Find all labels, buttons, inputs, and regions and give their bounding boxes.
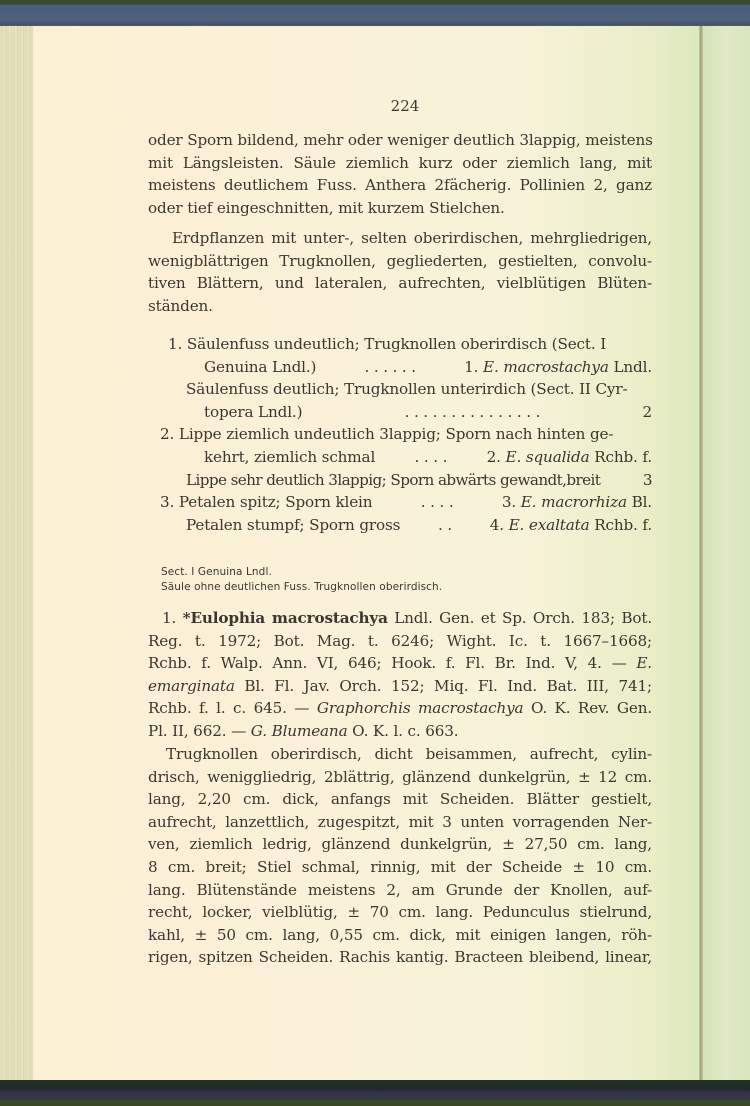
key-number: 2. [160,425,174,443]
key-result-number: 2 [642,401,652,424]
key-text: Petalen spitz; Sporn klein [179,493,373,511]
text-line: mit Längsleisten. Säule ziemlich kurz od… [148,152,652,175]
key-text: Lippe ziemlich undeutlich 3lappig; Sporn… [179,425,613,443]
key-line: Genuina Lndl.) . . . . . . 1. E. macrost… [168,356,652,379]
key-number: 3. [160,493,174,511]
key-result-number: 3 [643,469,652,492]
citation-text: O. K. Rev. Gen. [523,699,652,717]
key-result-number: 2. [487,448,501,466]
dot-leader: . . . . . . [364,356,415,379]
key-text: topera Lndl.) [204,401,302,424]
species-title: Eulophia macrostachya [190,609,387,627]
book-cover-top [0,0,750,26]
text-line: lang. Blütenstände meistens 2, am Grunde… [148,879,652,902]
text-line: recht, locker, vielblütig, ± 70 cm. lang… [148,901,652,924]
species-name: exaltata [529,516,590,534]
key-result-number: 3. [502,493,516,511]
citation-text: Rchb. f. l. c. 645. — [148,699,317,717]
text-line: rigen, spitzen Scheiden. Rachis kantig. … [148,946,652,969]
text-line: Trugknollen oberirdisch, dicht beisammen… [148,743,652,766]
synonym-genus: E. [636,654,652,672]
text-line: Erdpflanzen mit unter-, selten oberirdis… [148,227,652,250]
text-line: drisch, weniggliedrig, 2blättrig, glänze… [148,766,652,789]
genus-abbrev: E. [521,493,537,511]
page-stack-edges [0,26,34,1080]
dot-leader: . . [438,514,452,537]
species-heading-line: 1. *Eulophia macrostachya Lndl. Gen. et … [148,607,652,630]
author: Rchb. f. [594,448,652,466]
text-line: tiven Blättern, und lateralen, aufrechte… [148,272,652,295]
key-line: kehrt, ziemlich schmal . . . . 2. E. squ… [168,446,652,469]
key-line: 1. Säulenfuss undeutlich; Trugknollen ob… [168,333,652,356]
genus-abbrev: E. [483,358,499,376]
author: Rchb. f. [594,516,652,534]
dot-leader: . . . . [421,491,454,514]
text-line: kahl, ± 50 cm. lang, 0,55 cm. dick, mit … [148,924,652,947]
text-line: wenigblättrigen Trugknollen, gegliederte… [148,250,652,273]
text-line: meistens deutlichem Fuss. Anthera 2fäche… [148,174,652,197]
section-description: Säule ohne deutlichen Fuss. Trugknollen … [161,580,651,595]
key-result: 3. E. macrorhiza Bl. [502,491,652,514]
paragraph-genus-habit: Erdpflanzen mit unter-, selten oberirdis… [148,227,652,317]
key-text: Säulenfuss undeutlich; Trugknollen oberi… [187,335,606,353]
key-text: Lippe sehr deutlich 3lappig; Sporn abwär… [186,469,600,492]
key-result-number: 4. [490,516,504,534]
text-line: ven, ziemlich ledrig, glänzend dunkelgrü… [148,833,652,856]
species-entry: 1. *Eulophia macrostachya Lndl. Gen. et … [148,607,652,743]
dot-leader: . . . . . . . . . . . . . . . [405,401,541,424]
genus-abbrev: E. [506,448,522,466]
species-name: squalida [526,448,590,466]
synonym-name: Graphorchis macrostachya [317,699,524,717]
key-line: Säulenfuss deutlich; Trugknollen unterir… [168,378,652,401]
text-line: aufrecht, lanzettlich, zugespitzt, mit 3… [148,811,652,834]
key-result-number: 1. [464,358,478,376]
species-number: 1. [162,609,176,627]
key-line: topera Lndl.) . . . . . . . . . . . . . … [168,401,652,424]
citation-line: Rchb. f. Walp. Ann. VI, 646; Hook. f. Fl… [148,652,652,675]
author: Bl. [632,493,652,511]
paragraph-continuation: oder Sporn bildend, mehr oder weniger de… [148,129,652,219]
facing-page-edge [703,26,750,1080]
key-text: kehrt, ziemlich schmal [204,446,375,469]
species-description: Trugknollen oberirdisch, dicht beisammen… [148,743,652,969]
key-number: 1. [168,335,182,353]
author: Lndl. [613,358,652,376]
identification-key: 1. Säulenfuss undeutlich; Trugknollen ob… [168,333,652,536]
key-result: 1. E. macrostachya Lndl. [464,356,652,379]
text-line: oder Sporn bildend, mehr oder weniger de… [148,129,652,152]
book-cover-bottom [0,1080,750,1106]
citation-line: Reg. t. 1972; Bot. Mag. t. 6246; Wight. … [148,630,652,653]
key-line: Petalen stumpf; Sporn gross . . 4. E. ex… [168,514,652,537]
section-heading: Sect. I Genuina Lndl. Säule ohne deutlic… [161,565,651,595]
citation-text: Rchb. f. Walp. Ann. VI, 646; Hook. f. Fl… [148,654,636,672]
citation-text: Pl. II, 662. — [148,722,251,740]
text-line: lang, 2,20 cm. dick, anfangs mit Scheide… [148,788,652,811]
citation-line: Rchb. f. l. c. 645. — Graphorchis macros… [148,697,652,720]
species-name: macrorhiza [541,493,627,511]
synonym-name: G. Blumeana [251,722,348,740]
citation-text: Bl. Fl. Jav. Orch. 152; Miq. Fl. Ind. Ba… [235,677,652,695]
citation-text: O. K. l. c. 663. [347,722,458,740]
genus-abbrev: E. [509,516,525,534]
key-text: Genuina Lndl.) [204,356,316,379]
page-number: 224 [380,97,430,115]
key-line: 3. Petalen spitz; Sporn klein . . . . 3.… [160,491,652,514]
section-title: Sect. I Genuina Lndl. [161,565,651,580]
text-line: 8 cm. breit; Stiel schmal, rinnig, mit d… [148,856,652,879]
species-name: macrostachya [503,358,608,376]
key-line: Lippe sehr deutlich 3lappig; Sporn abwär… [168,469,652,492]
key-result: 2. E. squalida Rchb. f. [487,446,652,469]
key-text: Säulenfuss deutlich; Trugknollen unterir… [186,378,627,401]
key-line: 2. Lippe ziemlich undeutlich 3lappig; Sp… [160,423,652,446]
citation-text: Lndl. Gen. et Sp. Orch. 183; Bot. [394,609,652,627]
citation-line: Pl. II, 662. — G. Blumeana O. K. l. c. 6… [148,720,652,743]
synonym-name: emarginata [148,677,235,695]
text-line: oder tief eingeschnitten, mit kurzem Sti… [148,197,652,220]
key-result: 4. E. exaltata Rchb. f. [490,514,652,537]
dot-leader: . . . . [415,446,448,469]
citation-line: emarginata Bl. Fl. Jav. Orch. 152; Miq. … [148,675,652,698]
text-line: ständen. [148,295,652,318]
key-text: Petalen stumpf; Sporn gross [186,514,400,537]
